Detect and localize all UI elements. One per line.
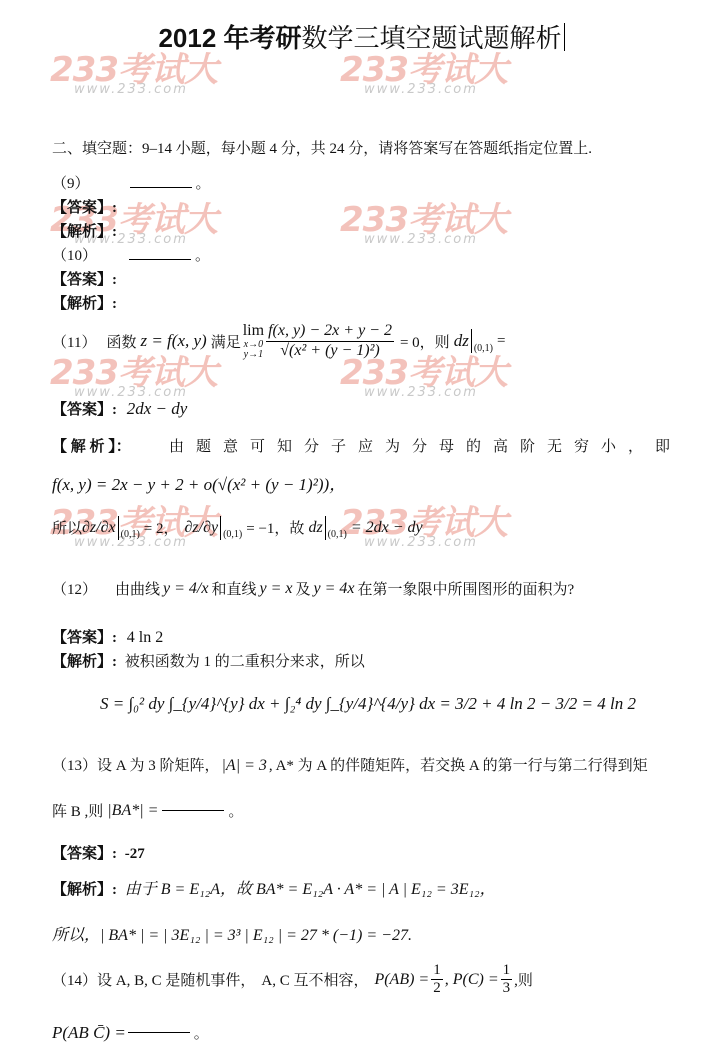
math-expr: |A| = 3 <box>222 757 267 774</box>
question-11: （11） 函数 z = f(x, y) 满足 lim x→0 y→1 f(x, … <box>52 322 505 360</box>
analysis-label: 【解析】: <box>52 882 117 898</box>
question-number: （10） <box>52 248 97 264</box>
lim-text: lim <box>243 322 264 340</box>
question-13: （13）设 A 为 3 阶矩阵，|A| = 3, A* 为 A 的伴随矩阵，若交… <box>52 754 648 775</box>
analysis-label: 【解析】: <box>52 220 117 241</box>
eval-point: (0,1) <box>328 529 347 540</box>
value: = −1，故 <box>246 517 304 538</box>
stem-text: , A* 为 A 的伴随矩阵，若交换 A 的第一行与第二行得到矩 <box>269 758 648 774</box>
eval-point: (0,1) <box>474 343 493 354</box>
math-expr: z = f(x, y) <box>140 331 206 351</box>
watermark-logo: 233考试大 <box>340 192 507 241</box>
answer-label: 【答案】: <box>52 196 117 217</box>
analysis-formula: 由于 B = E₁₂A，故 BA* = E₁₂A · A* = | A | E₁… <box>125 881 496 898</box>
math-expr: , P(C) = <box>445 971 499 989</box>
fraction: 12 <box>431 962 443 998</box>
analysis-label: 【解析】: <box>52 292 117 313</box>
denominator: √(x² + (y − 1)²) <box>266 342 394 360</box>
watermark-url: www.233.com <box>364 232 478 247</box>
answer-blank <box>162 810 224 811</box>
question-13-cont: 阵 B ,则 |BA*| = 。 <box>52 800 243 821</box>
value: = 2， <box>144 517 179 538</box>
question-14-cont: P(AB C̄) = 。 <box>52 1022 209 1043</box>
question-9: （9）。 <box>52 172 211 193</box>
stem-text: A, C 互不相容， <box>261 969 368 990</box>
math-expr: P(AB C̄) = <box>52 1023 126 1043</box>
analysis-row: 【 解 析 】： 由题意可知分子应为分母的高阶无穷小，即 <box>52 435 682 456</box>
math-expr: dz <box>454 331 469 351</box>
watermark-url: www.233.com <box>74 82 188 97</box>
stem-text: 满足 <box>211 331 241 352</box>
evaluation-bar <box>220 516 221 540</box>
question-number: （14） <box>52 969 97 990</box>
answer-blank <box>128 1032 190 1033</box>
period: 。 <box>194 1022 209 1043</box>
section-heading: 二、填空题：9–14 小题，每小题 4 分，共 24 分，请将答案写在答题纸指定… <box>52 137 592 158</box>
answer-value: 4 ln 2 <box>127 629 163 646</box>
answer-label: 【答案】: <box>52 402 117 418</box>
analysis-label: 【 解 析 】： <box>52 435 131 456</box>
period: 。 <box>195 248 210 264</box>
denominator: 3 <box>501 980 513 997</box>
question-14: （14） 设 A, B, C 是随机事件， A, C 互不相容， P(AB) =… <box>52 962 533 998</box>
numerator: 1 <box>501 962 513 980</box>
analysis-text: 由题意可知分子应为分母的高阶无穷小，即 <box>169 435 682 456</box>
period: 。 <box>228 800 243 821</box>
analysis-line3: 所以 ∂z/∂x (0,1) = 2， ∂z/∂y (0,1) = −1，故 d… <box>52 515 423 540</box>
page-title: 2012 年考研数学三填空题试题解析 <box>0 18 723 55</box>
answer-value: -27 <box>125 846 145 862</box>
answer-blank <box>129 259 191 260</box>
math-expr: |BA*| = <box>107 802 158 820</box>
numerator: 1 <box>431 962 443 980</box>
eval-point: (0,1) <box>223 529 242 540</box>
stem-text: 阵 B ,则 <box>52 800 103 821</box>
stem-text: ,则 <box>514 969 533 990</box>
evaluation-bar <box>325 516 326 540</box>
value: = 2dx − dy <box>351 519 423 537</box>
analysis-label: 【解析】: <box>52 654 117 670</box>
math-expr: y = 4/x <box>163 580 208 598</box>
math-expr: P(AB) = <box>374 971 429 989</box>
answer-row: 【答案】: 4 ln 2 <box>52 626 163 647</box>
stem-text: 设 A 为 3 阶矩阵， <box>97 758 220 774</box>
answer-blank <box>130 187 192 188</box>
question-number: （11） <box>52 331 96 352</box>
question-10: （10）。 <box>52 244 210 265</box>
limit: lim x→0 y→1 <box>243 322 264 360</box>
numerator: f(x, y) − 2x + y − 2 <box>266 322 394 341</box>
stem-text: 及 <box>296 578 311 599</box>
watermark-url: www.233.com <box>364 82 478 97</box>
stem-text: 在第一象限中所围图形的面积为? <box>358 578 575 599</box>
answer-value: 2dx − dy <box>127 399 188 418</box>
partial-derivative: ∂z/∂y <box>185 519 219 537</box>
stem-text: 和直线 <box>211 578 256 599</box>
question-number: （13） <box>52 758 97 774</box>
period: 。 <box>196 176 211 192</box>
integral-formula: S = ∫₀² dy ∫_{y/4}^{y} dx + ∫₂⁴ dy ∫_{y/… <box>100 694 636 714</box>
eval-point: (0,1) <box>121 529 140 540</box>
math-expr: y = 4x <box>314 580 355 598</box>
question-12: （12） 由曲线 y = 4/x 和直线 y = x 及 y = 4x 在第一象… <box>52 578 574 599</box>
analysis-text: 所以 <box>52 517 82 538</box>
stem-text: 由曲线 <box>115 578 160 599</box>
answer-row: 【答案】: 2dx − dy <box>52 398 187 419</box>
answer-label: 【答案】: <box>52 630 117 646</box>
lim-sub: y→1 <box>244 350 263 360</box>
title-bold: 2012 年考研 <box>158 23 301 53</box>
text-cursor <box>564 23 565 51</box>
stem-text: 设 A, B, C 是随机事件， <box>97 969 255 990</box>
title-rest: 数学三填空题试题解析 <box>302 23 562 53</box>
answer-label: 【答案】: <box>52 268 117 289</box>
equals: = <box>497 333 505 350</box>
answer-row: 【答案】: -27 <box>52 842 145 863</box>
analysis-text: 被积函数为 1 的二重积分来求，所以 <box>125 654 365 670</box>
partial-derivative: ∂z/∂x <box>82 519 116 537</box>
watermark: 233考试大www.233.com <box>340 192 530 262</box>
math-expr: dz <box>308 519 322 537</box>
analysis-formula: f(x, y) = 2x − y + 2 + o(√(x² + (y − 1)²… <box>52 470 346 495</box>
evaluation-bar <box>471 329 472 353</box>
question-number: （9） <box>52 176 90 192</box>
analysis-formula: 所以，| BA* | = | 3E₁₂ | = 3³ | E₁₂ | = 27 … <box>52 922 412 945</box>
fraction: f(x, y) − 2x + y − 2 √(x² + (y − 1)²) <box>266 322 394 360</box>
question-number: （12） <box>52 578 97 599</box>
evaluation-bar <box>118 516 119 540</box>
analysis-row: 【解析】: 由于 B = E₁₂A，故 BA* = E₁₂A · A* = | … <box>52 876 496 899</box>
analysis-row: 【解析】: 被积函数为 1 的二重积分来求，所以 <box>52 650 365 671</box>
watermark-url: www.233.com <box>364 385 478 400</box>
stem-text: = 0，则 <box>400 331 450 352</box>
math-expr: y = x <box>260 580 293 598</box>
answer-label: 【答案】: <box>52 846 117 862</box>
stem-text: 函数 <box>106 331 136 352</box>
denominator: 2 <box>431 980 443 997</box>
fraction: 13 <box>501 962 513 998</box>
